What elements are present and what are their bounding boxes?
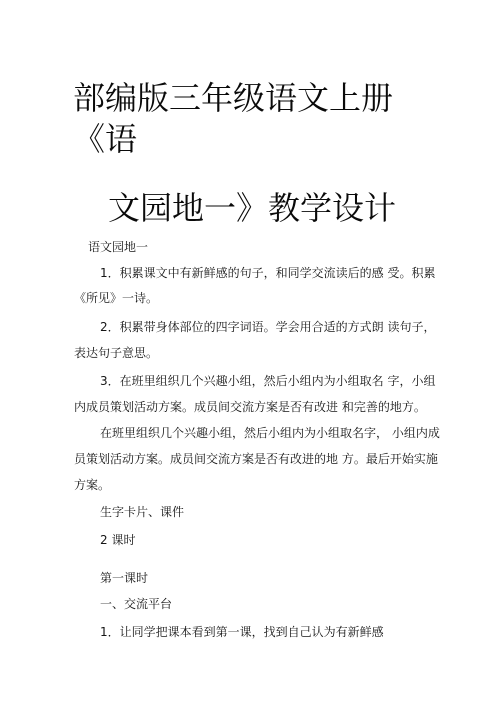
title-line-3: 文园地一》教学设计	[108, 190, 396, 226]
title-line-1: 部编版三年级语文上册	[73, 80, 393, 116]
body-line: 语文园地一	[88, 239, 148, 255]
body-line: 员策划活动方案。成员间交流方案是否有改进的地 方。最后开始实施	[74, 451, 438, 467]
body-line: 第一课时	[100, 570, 148, 586]
title-line-2: 《语	[73, 121, 137, 157]
body-line: 1．积累课文中有新鲜感的句子，和同学交流读后的感 受。积累	[100, 265, 435, 281]
body-line: 内成员策划活动方案。成员间交流方案是否有改进 和完善的地方。	[74, 399, 426, 415]
body-line: 《所见》一诗。	[74, 290, 158, 306]
body-line: 2 课时	[100, 532, 135, 548]
body-line: 在班里组织几个兴趣小组，然后小组内为小组取名字， 小组内成	[100, 425, 440, 441]
body-line: 2．积累带身体部位的四字词语。学会用合适的方式朗 读句子，	[100, 319, 435, 335]
body-line: 一、交流平台	[100, 596, 172, 612]
body-line: 1．让同学把课本看到第一课，找到自己认为有新鲜感	[100, 624, 384, 640]
body-line: 3．在班里组织几个兴趣小组，然后小组内为小组取名 字，小组	[100, 373, 435, 389]
body-line: 生字卡片、课件	[100, 504, 184, 520]
body-line: 表达句子意思。	[74, 345, 158, 361]
body-line: 方案。	[74, 477, 110, 493]
document-page: 部编版三年级语文上册 《语 文园地一》教学设计 语文园地一1．积累课文中有新鲜感…	[0, 0, 500, 708]
